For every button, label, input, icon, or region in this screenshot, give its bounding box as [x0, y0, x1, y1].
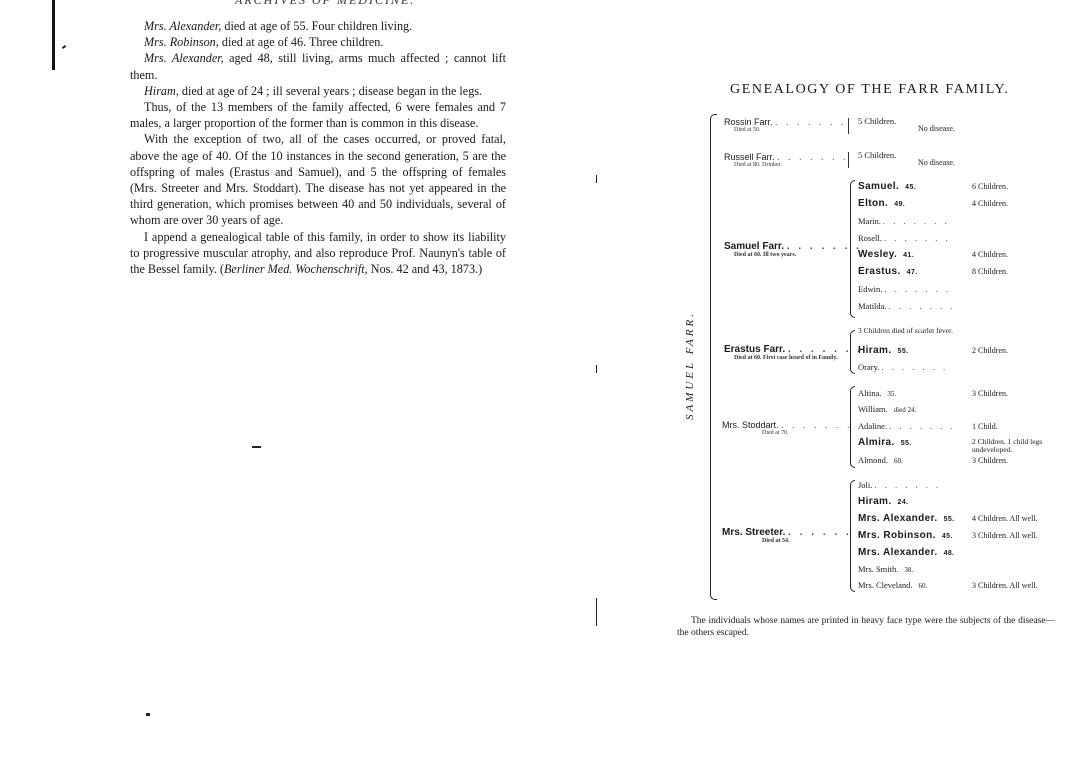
- child-entry: Almond.60.: [858, 455, 903, 465]
- child-entry: 5 Children.: [858, 150, 896, 160]
- child-note: No disease.: [918, 124, 955, 133]
- child-entry: Joli. . . . . . . .: [858, 480, 941, 490]
- parent-mrs-stoddart: Mrs. Stoddart. . . . . . . . Died at 70.: [722, 420, 853, 436]
- root-ancestor-label: SAMUEL FARR.: [684, 311, 696, 420]
- child-brace: [850, 386, 855, 468]
- paragraph: Mrs. Robinson, died at age of 46. Three …: [130, 34, 506, 50]
- child-brace: [850, 330, 855, 374]
- child-entry: Hiram.55.: [858, 345, 908, 356]
- child-note: 2 Children. 1 child legs undeveloped.: [972, 438, 1062, 454]
- child-brace: [848, 152, 849, 168]
- child-entry: Samuel.45.: [858, 181, 916, 192]
- child-entry: Rosell. . . . . . . .: [858, 233, 951, 243]
- child-entry: Altina.35.: [858, 388, 896, 398]
- parent-russell-farr: Russell Farr. . . . . . . . Died at 80. …: [724, 152, 849, 168]
- paragraph: With the exception of two, all of the ca…: [130, 131, 506, 228]
- child-entry: Elton.49.: [858, 198, 905, 209]
- child-entry: Matilda. . . . . . . .: [858, 301, 955, 311]
- footnote: The individuals whose names are printed …: [677, 615, 1055, 639]
- child-brace: [850, 180, 855, 318]
- child-entry: Mrs. Alexander.48.: [858, 547, 955, 558]
- child-note: 4 Children. All well.: [972, 514, 1057, 523]
- scan-speck: [146, 713, 150, 716]
- child-entry: 3 Children died of scarlet fever.: [858, 327, 978, 335]
- child-entry: Mrs. Robinson.45.: [858, 530, 953, 541]
- child-note: 3 Children.: [972, 456, 1008, 465]
- parent-mrs-streeter: Mrs. Streeter. . . . . . . . Died at 54.: [722, 527, 863, 544]
- child-note: No disease.: [918, 158, 955, 167]
- child-note: 4 Children.: [972, 199, 1008, 208]
- child-entry: Mrs. Smith.38.: [858, 564, 913, 574]
- root-brace: [710, 114, 717, 600]
- child-entry: Almira.55.: [858, 437, 912, 448]
- child-note: 1 Child.: [972, 422, 998, 431]
- scan-speck: [596, 175, 597, 183]
- child-entry: Mrs. Alexander.55.: [858, 513, 955, 524]
- running-head: ARCHIVES OF MEDICINE.: [235, 0, 415, 8]
- paragraph: I append a genealogical table of this fa…: [130, 229, 506, 278]
- child-entry: William.died 24.: [858, 404, 916, 414]
- child-note: 2 Children.: [972, 346, 1008, 355]
- parent-erastus-farr: Erastus Farr. . . . . . . . Died at 60. …: [724, 344, 863, 362]
- child-note: 3 Children. All well.: [972, 581, 1057, 590]
- child-entry: Erastus.47.: [858, 266, 918, 277]
- scan-speck: [252, 446, 261, 448]
- page-binding-edge: [52, 0, 55, 70]
- paragraph: Mrs. Alexander, died at age of 55. Four …: [130, 18, 506, 34]
- parent-samuel-farr: Samuel Farr. . . . . . . . Died at 60. I…: [724, 241, 862, 258]
- child-entry: 5 Children.: [858, 116, 896, 126]
- child-note: 8 Children.: [972, 267, 1008, 276]
- parent-rossin-farr: Rossin Farr. . . . . . . . Died at 50.: [724, 117, 847, 133]
- scan-speck: [62, 45, 66, 49]
- child-note: 3 Children.: [972, 389, 1008, 398]
- paragraph: Mrs. Alexander, aged 48, still living, a…: [130, 50, 506, 82]
- scan-speck: [596, 365, 597, 373]
- child-entry: Edwin. . . . . . . .: [858, 284, 951, 294]
- genealogy-title: GENEALOGY OF THE FARR FAMILY.: [730, 82, 1010, 98]
- child-entry: Mrs. Cleveland.60.: [858, 580, 927, 590]
- left-page-body: Mrs. Alexander, died at age of 55. Four …: [130, 18, 506, 277]
- child-note: 6 Children.: [972, 182, 1008, 191]
- child-note: 4 Children.: [972, 250, 1008, 259]
- paragraph: Thus, of the 13 members of the family af…: [130, 99, 506, 131]
- child-entry: Adaline. . . . . . . .: [858, 421, 956, 431]
- scan-speck: [596, 598, 597, 626]
- paragraph: Hiram, died at age of 24 ; ill several y…: [130, 83, 506, 99]
- child-entry: Wesley.41.: [858, 249, 914, 260]
- child-brace: [848, 118, 849, 134]
- child-entry: Marin. . . . . . . .: [858, 216, 950, 226]
- child-note: 3 Children. All well.: [972, 531, 1057, 540]
- child-entry: Hiram.24.: [858, 496, 908, 507]
- child-brace: [850, 480, 855, 592]
- child-entry: Orary. . . . . . . .: [858, 362, 948, 372]
